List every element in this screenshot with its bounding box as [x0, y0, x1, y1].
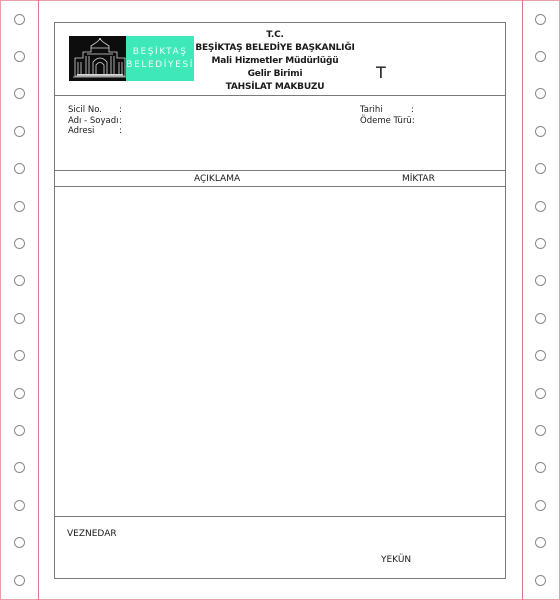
- column-header-miktar: MİKTAR: [402, 174, 435, 184]
- tractor-hole: [14, 275, 25, 286]
- field-sicil-no[interactable]: Sicil No. :: [68, 105, 122, 116]
- header-municipality: BEŞİKTAŞ BELEDİYE BAŞKANLIĞI: [195, 42, 355, 55]
- header-country: T.C.: [195, 29, 355, 42]
- field-sep: :: [412, 116, 415, 127]
- field-label: Adı - Soyadı: [68, 116, 119, 127]
- tractor-hole: [14, 88, 25, 99]
- tractor-hole: [535, 575, 546, 586]
- tractor-hole: [535, 313, 546, 324]
- field-sep: :: [119, 126, 122, 137]
- tractor-hole: [535, 201, 546, 212]
- logo-line-1: BEŞİKTAŞ: [133, 46, 188, 59]
- header-unit: Gelir Birimi: [195, 68, 355, 81]
- logo-line-2: BELEDİYESİ: [126, 59, 194, 72]
- tractor-hole: [535, 238, 546, 249]
- tractor-hole: [14, 14, 25, 25]
- form-header-titles: T.C. BEŞİKTAŞ BELEDİYE BAŞKANLIĞI Mali H…: [195, 29, 355, 94]
- tractor-hole: [535, 425, 546, 436]
- line-items-area[interactable]: [55, 187, 505, 516]
- tractor-hole: [535, 51, 546, 62]
- header-divider: [55, 95, 505, 96]
- field-label: Sicil No.: [68, 105, 119, 116]
- cashier-label: VEZNEDAR: [67, 529, 117, 539]
- field-label: Ödeme Türü: [360, 116, 412, 127]
- footer-divider: [55, 516, 505, 517]
- tractor-hole: [14, 126, 25, 137]
- field-label: Tarihi: [360, 105, 411, 116]
- municipality-logo: BEŞİKTAŞ BELEDİYESİ: [69, 36, 194, 81]
- field-adresi[interactable]: Adresi :: [68, 126, 122, 137]
- tractor-hole: [14, 388, 25, 399]
- info-divider: [55, 170, 505, 171]
- tractor-hole: [535, 350, 546, 361]
- total-label: YEKÜN: [381, 555, 411, 565]
- field-label: Adresi: [68, 126, 119, 137]
- field-sep: :: [411, 105, 414, 116]
- column-header-aciklama: AÇIKLAMA: [194, 174, 240, 184]
- tractor-hole: [535, 537, 546, 548]
- tractor-hole: [14, 350, 25, 361]
- receipt-form: BEŞİKTAŞ BELEDİYESİ T.C. BEŞİKTAŞ BELEDİ…: [54, 22, 506, 579]
- tractor-hole: [535, 462, 546, 473]
- payer-info: Sicil No. : Adı - Soyadı : Adresi :: [68, 105, 122, 137]
- tractor-hole: [14, 500, 25, 511]
- tractor-hole: [535, 126, 546, 137]
- field-adi-soyadi[interactable]: Adı - Soyadı :: [68, 116, 122, 127]
- tractor-hole: [14, 238, 25, 249]
- field-tarihi[interactable]: Tarihi :: [360, 105, 415, 116]
- field-sep: :: [119, 116, 122, 127]
- form-code: T: [376, 63, 386, 82]
- field-sep: :: [119, 105, 122, 116]
- tractor-hole: [535, 14, 546, 25]
- tractor-hole: [535, 388, 546, 399]
- tractor-hole: [535, 500, 546, 511]
- tractor-hole: [535, 88, 546, 99]
- right-perforation-line: [522, 0, 523, 600]
- tractor-hole: [14, 163, 25, 174]
- tractor-hole: [14, 462, 25, 473]
- tractor-hole: [535, 275, 546, 286]
- tractor-hole: [535, 163, 546, 174]
- tractor-hole: [14, 201, 25, 212]
- tractor-hole: [14, 313, 25, 324]
- logo-wordmark: BEŞİKTAŞ BELEDİYESİ: [126, 36, 194, 81]
- tractor-hole: [14, 425, 25, 436]
- field-odeme-turu[interactable]: Ödeme Türü :: [360, 116, 415, 127]
- palace-image: [69, 36, 126, 81]
- header-document-title: TAHSİLAT MAKBUZU: [195, 81, 355, 94]
- payment-info: Tarihi : Ödeme Türü :: [360, 105, 415, 126]
- left-perforation-line: [38, 0, 39, 600]
- tractor-hole: [14, 51, 25, 62]
- header-directorate: Mali Hizmetler Müdürlüğü: [195, 55, 355, 68]
- tractor-hole: [14, 537, 25, 548]
- tractor-hole: [14, 575, 25, 586]
